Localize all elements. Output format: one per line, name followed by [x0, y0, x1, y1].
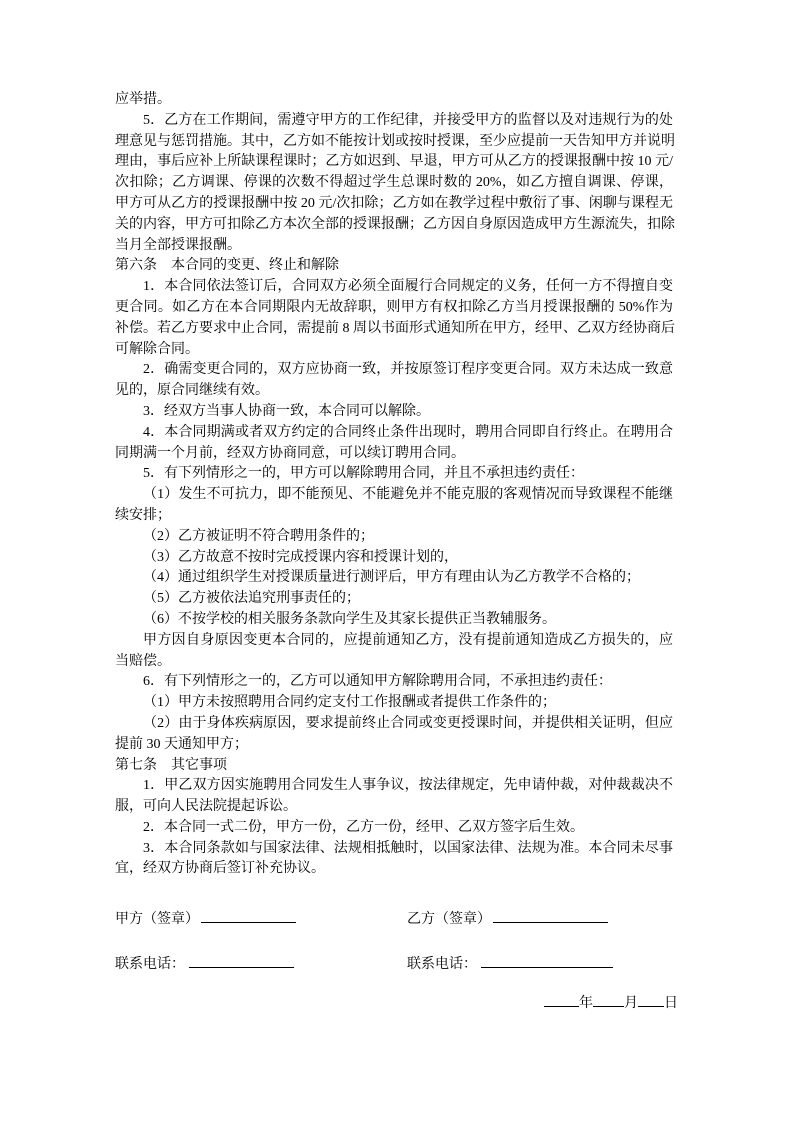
contract-line: 可解除合同。 — [115, 340, 673, 361]
contract-line: 服，可向人民法院提起诉讼。 — [115, 797, 673, 818]
contract-line: 见的，原合同继续有效。 — [115, 381, 673, 402]
contract-line: 5．乙方在工作期间，需遵守甲方的工作纪律，并接受甲方的监督以及对违规行为的处 — [115, 111, 673, 132]
contract-line: （4）通过组织学生对授课质量进行测评后，甲方有理由认为乙方教学不合格的； — [115, 568, 673, 589]
contract-line: （6）不按学校的相关服务条款向学生及其家长提供正当教辅服务。 — [115, 610, 673, 631]
date-day-label: 日 — [664, 996, 678, 1011]
party-b-signature-blank — [493, 907, 608, 923]
signature-row: 甲方（签章）乙方（签章） — [115, 907, 678, 930]
party-b-signature-label: 乙方（签章） — [407, 912, 491, 927]
contract-line: 次扣除；乙方调课、停课的次数不得超过学生总课时数的 20%，如乙方擅自调课、停课… — [115, 173, 673, 194]
party-a-phone-label: 联系电话： — [115, 957, 185, 972]
party-a-signature-field: 甲方（签章） — [115, 907, 407, 930]
contract-line: 第七条 其它事项 — [115, 756, 673, 777]
phone-row: 联系电话：联系电话： — [115, 952, 678, 975]
contract-line: 1．本合同依法签订后，合同双方必须全面履行合同规定的义务，任何一方不得擅自变 — [115, 277, 673, 298]
contract-line: （5）乙方被依法追究刑事责任的； — [115, 589, 673, 610]
contract-body: 应举措。5．乙方在工作期间，需遵守甲方的工作纪律，并接受甲方的监督以及对违规行为… — [115, 90, 673, 880]
date-day-blank — [638, 991, 664, 1007]
contract-line: 同期满一个月前，经双方协商同意，可以续订聘用合同。 — [115, 444, 673, 465]
party-b-phone-label: 联系电话： — [407, 957, 477, 972]
contract-line: 甲方因自身原因变更本合同的，应提前通知乙方，没有提前通知造成乙方损失的，应 — [115, 631, 673, 652]
document-page: 应举措。5．乙方在工作期间，需遵守甲方的工作纪律，并接受甲方的监督以及对违规行为… — [0, 0, 793, 1122]
contract-line: 关的内容，甲方可扣除乙方本次全部的授课报酬；乙方因自身原因造成甲方生源流失，扣除 — [115, 215, 673, 236]
contract-line: （1）发生不可抗力，即不能预见、不能避免并不能克服的客观情况而导致课程不能继 — [115, 485, 673, 506]
contract-line: 4．本合同期满或者双方约定的合同终止条件出现时，聘用合同即自行终止。在聘用合 — [115, 423, 673, 444]
contract-line: 2．确需变更合同的，双方应协商一致，并按原签订程序变更合同。双方未达成一致意 — [115, 360, 673, 381]
contract-line: 当赔偿。 — [115, 652, 673, 673]
contract-line: 6．有下列情形之一的，乙方可以通知甲方解除聘用合同，不承担违约责任： — [115, 672, 673, 693]
date-row: 年月日 — [115, 991, 678, 1014]
contract-line: 更合同。如乙方在本合同期限内无故辞职，则甲方有权扣除乙方当月授课报酬的 50%作… — [115, 298, 673, 319]
party-a-signature-blank — [201, 907, 296, 923]
contract-line: 甲方可从乙方的授课报酬中按 20 元/次扣除；乙方如在教学过程中敷衍了事、闲聊与… — [115, 194, 673, 215]
contract-line: 2．本合同一式二份，甲方一份，乙方一份，经甲、乙双方签字后生效。 — [115, 818, 673, 839]
contract-line: 宜，经双方协商后签订补充协议。 — [115, 859, 673, 880]
contract-line: （3）乙方故意不按时完成授课内容和授课计划的， — [115, 548, 673, 569]
contract-line: 1．甲乙双方因实施聘用合同发生人事争议，按法律规定，先申请仲裁，对仲裁裁决不 — [115, 776, 673, 797]
date-month-label: 月 — [624, 996, 638, 1011]
date-year-label: 年 — [579, 996, 593, 1011]
contract-line: （1）甲方未按照聘用合同约定支付工作报酬或者提供工作条件的； — [115, 693, 673, 714]
contract-line: 理由，事后应补上所缺课程课时；乙方如迟到、早退，甲方可从乙方的授课报酬中按 10… — [115, 152, 673, 173]
party-b-signature-field: 乙方（签章） — [407, 907, 608, 930]
contract-line: 续安排； — [115, 506, 673, 527]
party-b-phone-blank — [481, 952, 613, 968]
contract-line: 当月全部授课报酬。 — [115, 236, 673, 257]
date-month-blank — [593, 991, 624, 1007]
contract-line: 5．有下列情形之一的，甲方可以解除聘用合同，并且不承担违约责任： — [115, 464, 673, 485]
party-a-phone-blank — [189, 952, 294, 968]
contract-line: 第六条 本合同的变更、终止和解除 — [115, 256, 673, 277]
contract-line: 3．经双方当事人协商一致，本合同可以解除。 — [115, 402, 673, 423]
date-year-blank — [544, 991, 579, 1007]
contract-line: （2）由于身体疾病原因，要求提前终止合同或变更授课时间，并提供相关证明，但应 — [115, 714, 673, 735]
contract-line: 理意见与惩罚措施。其中，乙方如不能按计划或按时授课，至少应提前一天告知甲方并说明 — [115, 132, 673, 153]
contract-line: 应举措。 — [115, 90, 673, 111]
contract-line: （2）乙方被证明不符合聘用条件的； — [115, 527, 673, 548]
contract-line: 补偿。若乙方要求中止合同，需提前 8 周以书面形式通知所在甲方，经甲、乙双方经协… — [115, 319, 673, 340]
party-a-signature-label: 甲方（签章） — [115, 912, 199, 927]
contract-line: 3．本合同条款如与国家法律、法规相抵触时，以国家法律、法规为准。本合同未尽事 — [115, 839, 673, 860]
party-a-phone-field: 联系电话： — [115, 952, 407, 975]
contract-line: 提前 30 天通知甲方； — [115, 735, 673, 756]
party-b-phone-field: 联系电话： — [407, 952, 613, 975]
